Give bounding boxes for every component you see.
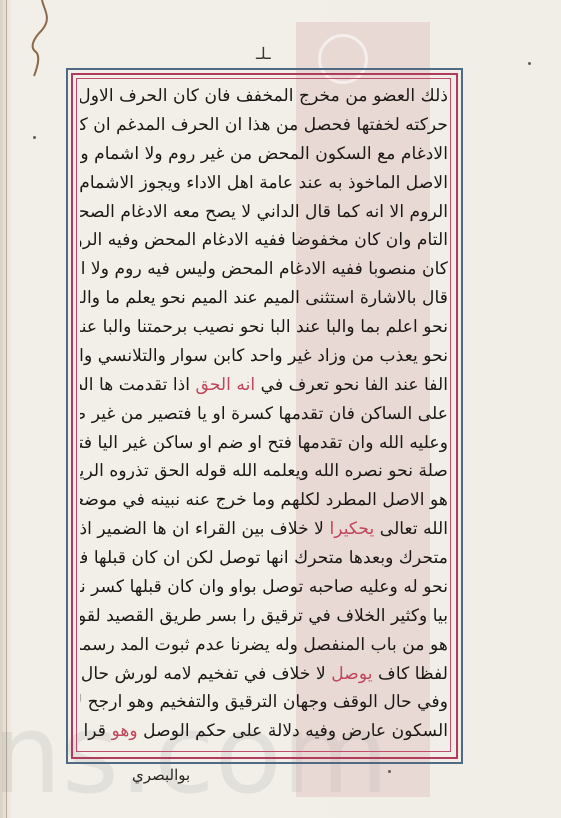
text-line: التام وان كان مخفوضا ففيه الادغام المحض … bbox=[80, 226, 448, 255]
text-line: نحو يعذب من وزاد غير واحد كابن سوار والت… bbox=[80, 342, 448, 371]
text-line: لفظا كاف يوصل لا خلاف في تفخيم لامه لورش… bbox=[80, 660, 448, 689]
folio-mark: ـلـ bbox=[256, 44, 271, 63]
paper-speck bbox=[528, 62, 531, 65]
text-line: كان منصوبا ففيه الادغام المحض وليس فيه ر… bbox=[80, 255, 448, 284]
text-segment: لا خلاف بين القراء ان ها الضمير اذا تقدم… bbox=[80, 519, 329, 539]
text-line: قال بالاشارة استثنى الميم عند الميم نحو … bbox=[80, 284, 448, 313]
text-line: ذلك العضو من مخرج المخفف فان كان الحرف ا… bbox=[80, 82, 448, 111]
text-line: وعليه الله وان تقدمها فتح او ضم او ساكن … bbox=[80, 429, 448, 458]
text-line: الاصل الماخوذ به عند عامة اهل الاداء ويج… bbox=[80, 169, 448, 198]
text-segment: الله تعالى bbox=[374, 519, 448, 539]
text-segment: اذا تقدمت ها الضمير bbox=[80, 375, 196, 395]
text-segment: لفظا كاف bbox=[373, 664, 448, 684]
text-line: هو من باب المنفصل وله يضرنا عدم ثبوت الم… bbox=[80, 631, 448, 660]
text-segment: السكون عارض وفيه دلالة على حكم الوصل bbox=[138, 721, 448, 741]
text-line: بيا وكثير الخلاف في ترقيق را بسر طريق ال… bbox=[80, 602, 448, 631]
text-line: نحو اعلم بما والبا عند البا نحو نصيب برح… bbox=[80, 313, 448, 342]
text-line: نحو له وعليه صاحبه توصل بواو وان كان قبل… bbox=[80, 573, 448, 602]
text-line: حركته لخفتها فحصل من هذا ان الحرف المدغم… bbox=[80, 111, 448, 140]
paper-speck bbox=[33, 136, 36, 139]
text-line: صلة نحو نصره الله ويعلمه الله قوله الحق … bbox=[80, 457, 448, 486]
text-line: الادغام مع السكون المحض من غير روم ولا ا… bbox=[80, 140, 448, 169]
text-segment: لا خلاف في تفخيم لامه لورش حال الوصل bbox=[80, 664, 331, 684]
text-segment: بيا وكثير الخلاف في ترقيق را بسر طريق ال… bbox=[80, 606, 448, 626]
text-segment: قرا قالون bbox=[80, 721, 111, 741]
text-line: الروم الا انه كما قال الداني لا يصح معه … bbox=[80, 198, 448, 227]
paper-speck bbox=[388, 770, 391, 773]
text-segment: الفا عند الفا نحو تعرف في bbox=[255, 375, 448, 395]
rubric-text: يحكيرا bbox=[329, 519, 374, 539]
rubric-text: يوصل bbox=[331, 664, 372, 684]
text-line: الله تعالى يحكيرا لا خلاف بين القراء ان … bbox=[80, 515, 448, 544]
text-line: وفي حال الوقف وجهان الترقيق والتفخيم وهو… bbox=[80, 688, 448, 717]
text-line: على الساكن فان تقدمها كسرة او يا فتصير م… bbox=[80, 400, 448, 429]
thread-mark-icon bbox=[22, 0, 52, 80]
text-line: السكون عارض وفيه دلالة على حكم الوصل وهو… bbox=[80, 717, 448, 746]
rubric-text: وهو bbox=[111, 721, 137, 741]
catchword: بوالبصري bbox=[132, 766, 190, 784]
text-line: هو الاصل المطرد لكلهم وما خرج عنه نبينه … bbox=[80, 486, 448, 515]
text-line: الفا عند الفا نحو تعرف في انه الحق اذا ت… bbox=[80, 371, 448, 400]
text-line: متحرك وبعدها متحرك انها توصل لكن ان كان … bbox=[80, 544, 448, 573]
manuscript-text-block: ذلك العضو من مخرج المخفف فان كان الحرف ا… bbox=[80, 82, 448, 746]
rubric-text: انه الحق bbox=[196, 375, 256, 395]
manuscript-page: ns.com ـلـ ذلك العضو من مخرج المخفف فان … bbox=[0, 0, 561, 818]
